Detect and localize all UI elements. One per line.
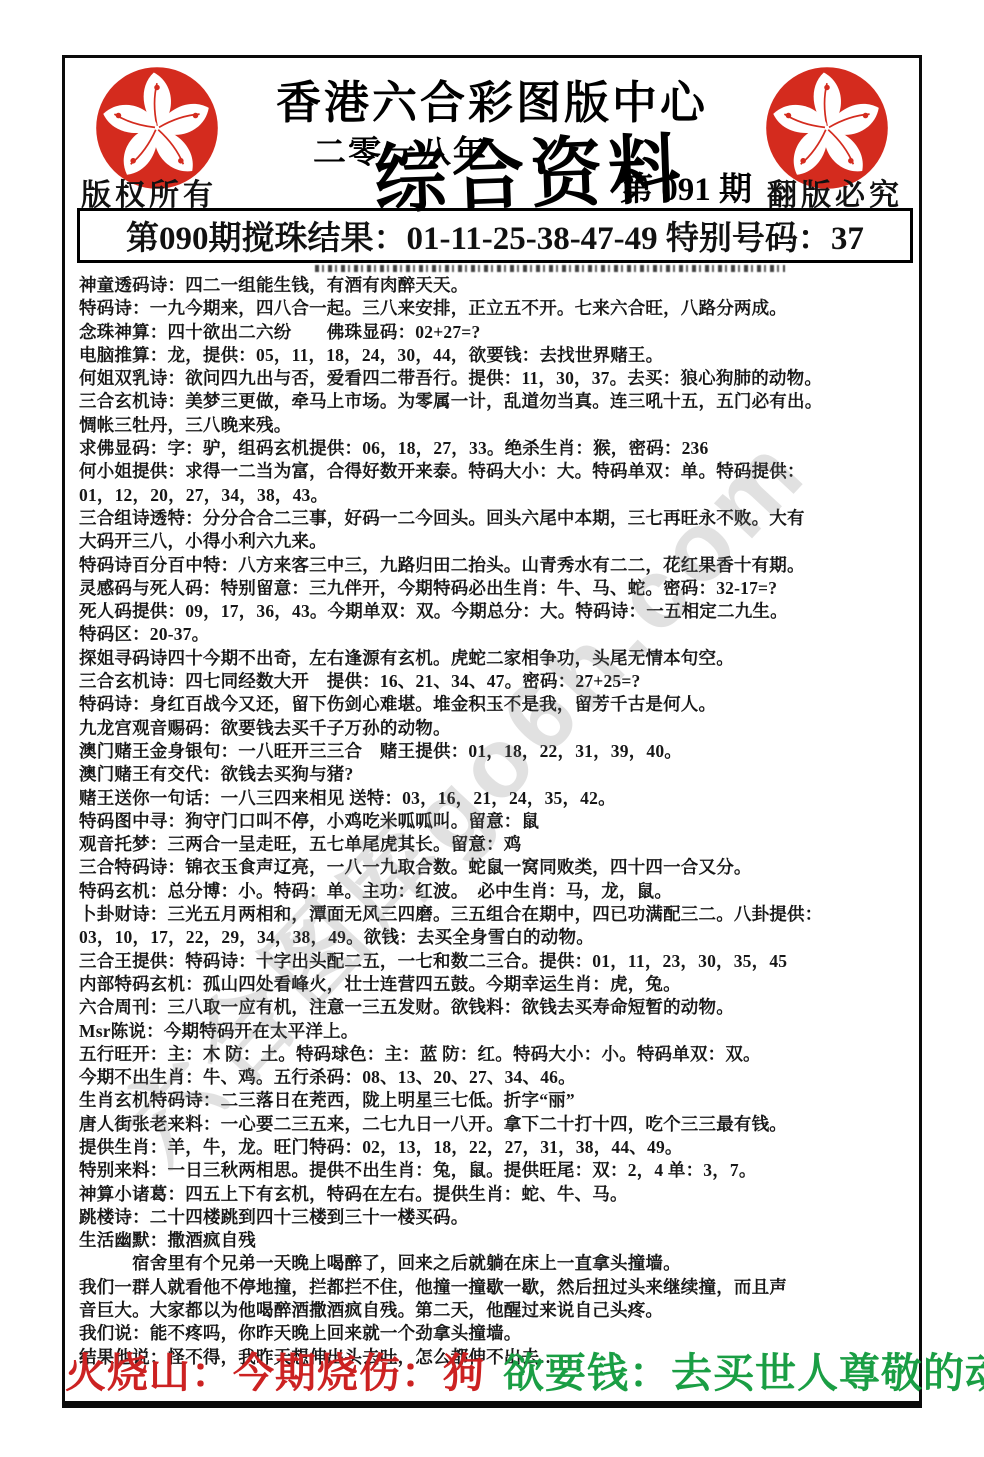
sheet-frame: 香港六合彩图版中心 二零一八年 综合资料 第 091 期 版权所有 翻版必究 第… bbox=[62, 55, 922, 1408]
tip-line: Msr陈说：今期特码开在太平洋上。 bbox=[79, 1020, 911, 1043]
tip-line: 01，12，20，27，34，38，43。 bbox=[79, 484, 911, 507]
tip-line: 五行旺开：主：木 防：土。特码球色：主：蓝 防：红。特码大小：小。特码单双：双。 bbox=[79, 1043, 911, 1066]
tip-line: 三合玄机诗：美梦三更做，牵马上市场。为零属一计，乱道勿当真。连三吼十五，五门必有… bbox=[79, 390, 911, 413]
tip-line: 三合王提供：特码诗：十字出头配二五，一七和数二三合。提供：01，11，23，30… bbox=[79, 950, 911, 973]
tip-line: 观音托梦：三两合一呈走旺，五七单尾虎其长。留意：鸡 bbox=[79, 833, 911, 856]
tip-line: 特码诗：身红百战今又还，留下伤剑心难堪。堆金积玉不是我，留芳千古是何人。 bbox=[79, 693, 911, 716]
tip-line: 特码玄机：总分博：小。特码：单。主功：红波。 必中生肖：马，龙，鼠。 bbox=[79, 880, 911, 903]
tip-line: 念珠神算：四十欲出二六纷 佛珠显码：02+27=? bbox=[79, 321, 911, 344]
scan-artifact-strip bbox=[315, 265, 785, 272]
tip-line: 特码诗百分百中特：八方来客三中三，九路归田二抬头。山青秀水有二二，花红果香十有期… bbox=[79, 554, 911, 577]
tip-line: 三合特码诗：锦衣玉食声辽亮，一八一九取合数。蛇鼠一窝同败类，四十四一合又分。 bbox=[79, 856, 911, 879]
tip-line: 特码区：20-37。 bbox=[79, 623, 911, 646]
footer-prediction: 火烧山：今期烧伤：狗 欲要钱：去买世人尊敬的动物 bbox=[65, 1340, 919, 1399]
tip-line: 三合组诗透特：分分合合二三事，好码一二今回头。回头六尾中本期，三七再旺永不败。大… bbox=[79, 507, 911, 530]
tip-line: 死人码提供：09，17，36，43。今期单双：双。今期总分：大。特码诗：一五相定… bbox=[79, 600, 911, 623]
tip-line: 生肖玄机特码诗：二三落日在茺西，陇上明星三七低。折字“丽” bbox=[79, 1089, 911, 1112]
tip-line: 神算小诸葛：四五上下有玄机，特码在左右。提供生肖：蛇、牛、马。 bbox=[79, 1183, 911, 1206]
tip-line: 跳楼诗：二十四楼跳到四十三楼到三十一楼买码。 bbox=[79, 1206, 911, 1229]
tip-line: 何姐双乳诗：欲问四九出与否，爱看四二带吾行。提供：11，30，37。去买：狼心狗… bbox=[79, 367, 911, 390]
footer-red-text: 火烧山：今期烧伤：狗 bbox=[65, 1350, 485, 1396]
tip-line: 澳门赌王有交代：欲钱去买狗与猪? bbox=[79, 763, 911, 786]
tip-line: 今期不出生肖：牛、鸡。五行杀码：08、13、20、27、34、46。 bbox=[79, 1066, 911, 1089]
tip-line: 内部特码玄机：孤山四处看峰火，壮士连营四五鼓。今期幸运生肖：虎，兔。 bbox=[79, 973, 911, 996]
tip-line: 澳门赌王金身银句：一八旺开三三合 赌王提供：01，18，22，31，39，40。 bbox=[79, 740, 911, 763]
tip-line: 音巨大。大家都以为他喝醉酒撒酒疯自残。第二天，他醒过来说自己头疼。 bbox=[79, 1299, 911, 1322]
tip-line: 生活幽默：撒酒疯自残 bbox=[79, 1229, 911, 1252]
tip-line: 唐人街张老来料：一心要二三五来，二七九日一八开。拿下二十打十四，吃个三三最有钱。 bbox=[79, 1113, 911, 1136]
draw-result-text: 第090期搅珠结果：01-11-25-38-47-49 特别号码：37 bbox=[126, 212, 864, 259]
tip-line: 大码开三八，小得小利六九来。 bbox=[79, 530, 911, 553]
tip-line: 惆帐三牡丹，三八晚来残。 bbox=[79, 414, 911, 437]
tip-line: 提供生肖：羊，牛，龙。旺门特码：02，13，18，22，27，31，38，44、… bbox=[79, 1136, 911, 1159]
lottery-info-sheet: 香港六合彩图版中心 二零一八年 综合资料 第 091 期 版权所有 翻版必究 第… bbox=[0, 0, 984, 1457]
tips-text-block: 神童透码诗：四二一组能生钱，有酒有肉醉天天。 特码诗：一九今期来，四八合一起。三… bbox=[79, 274, 911, 1369]
tip-line: 何小姐提供：求得一二当为富，合得好数开来泰。特码大小：大。特码单双：单。特码提供… bbox=[79, 460, 911, 483]
tip-line: 宿舍里有个兄弟一天晚上喝醉了，回来之后就躺在床上一直拿头撞墙。 bbox=[79, 1252, 911, 1275]
tip-line: 03，10，17，22，29，34，38，49。欲钱：去买全身雪白的动物。 bbox=[79, 926, 911, 949]
tip-line: 特码诗：一九今期来，四八合一起。三八来安排，正立五不开。七来六合旺，八路分两成。 bbox=[79, 297, 911, 320]
issue-number: 第 091 期 bbox=[620, 163, 752, 210]
header: 香港六合彩图版中心 二零一八年 综合资料 第 091 期 版权所有 翻版必究 bbox=[65, 58, 919, 206]
tip-line: 特别来料：一日三秋两相思。提供不出生肖：兔，鼠。提供旺尾：双：2，4 单：3，7… bbox=[79, 1159, 911, 1182]
tip-line: 电脑推算：龙，提供：05，11，18，24，30，44，欲要钱：去找世界赌王。 bbox=[79, 344, 911, 367]
tip-line: 三合玄机诗：四七同经数大开 提供：16、21、34、47。密码：27+25=? bbox=[79, 670, 911, 693]
tip-line: 卜卦财诗：三光五月两相和，潭面无风三四磨。三五组合在期中，四已功满配三二。八卦提… bbox=[79, 903, 911, 926]
tip-line: 九龙宫观音赐码：欲要钱去买千子万孙的动物。 bbox=[79, 717, 911, 740]
draw-result-banner: 第090期搅珠结果：01-11-25-38-47-49 特别号码：37 bbox=[77, 208, 913, 263]
tip-line: 赌王送你一句话：一八三四来相见 送特：03，16，21，24，35，42。 bbox=[79, 787, 911, 810]
tip-line: 神童透码诗：四二一组能生钱，有酒有肉醉天天。 bbox=[79, 274, 911, 297]
tip-line: 灵感码与死人码：特别留意：三九伴开，今期特码必出生肖：牛、马、蛇。密码：32-1… bbox=[79, 577, 911, 600]
tip-line: 特码图中寻：狗守门口叫不停，小鸡吃米呱呱叫。留意：鼠 bbox=[79, 810, 911, 833]
tip-line: 六合周刊：三八取一应有机，注意一三五发财。欲钱料：欲钱去买寿命短暂的动物。 bbox=[79, 996, 911, 1019]
tip-line: 我们一群人就看他不停地撞，拦都拦不住，他撞一撞歇一歇，然后扭过头来继续撞，而且声 bbox=[79, 1276, 911, 1299]
tip-line: 探姐寻码诗四十今期不出奇，左右逢源有玄机。虎蛇二家相争功，头尾无情本句空。 bbox=[79, 647, 911, 670]
footer-green-text: 欲要钱：去买世人尊敬的动物 bbox=[503, 1350, 984, 1396]
tip-line: 求佛显码：字：驴，组码玄机提供：06，18，27，33。绝杀生肖：猴，密码：23… bbox=[79, 437, 911, 460]
